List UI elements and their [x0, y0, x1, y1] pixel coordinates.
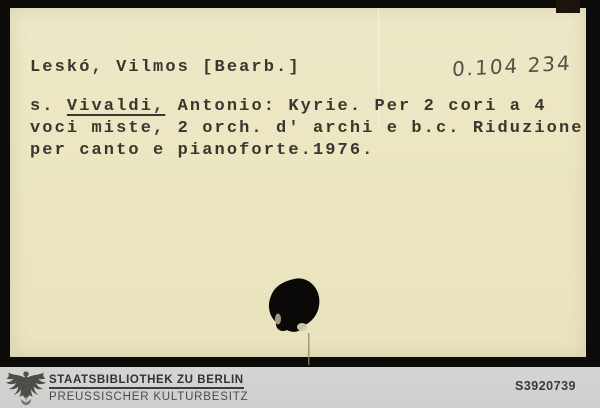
body-line-3: per canto e pianoforte.1976.	[30, 140, 584, 162]
catalog-card-scan: Leskó, Vilmos [Bearb.] 0.104 234 s. Viva…	[0, 0, 600, 408]
body-line-1-underlined: Vivaldi,	[67, 97, 165, 116]
card-body: s. Vivaldi, Antonio: Kyrie. Per 2 cori a…	[30, 96, 584, 162]
library-identity: STAATSBIBLIOTHEK ZU BERLIN PREUSSISCHER …	[49, 370, 248, 403]
call-number: 0.104 234	[452, 51, 572, 81]
serial-number: S3920739	[515, 379, 576, 393]
library-name: STAATSBIBLIOTHEK ZU BERLIN	[49, 374, 244, 389]
catalog-card: Leskó, Vilmos [Bearb.] 0.104 234 s. Viva…	[10, 8, 586, 357]
frame-corner-notch	[556, 0, 580, 13]
author-heading: Leskó, Vilmos [Bearb.]	[30, 57, 301, 79]
body-line-1-prefix: s.	[30, 97, 67, 116]
prussian-eagle-icon	[4, 369, 48, 407]
footer-bar: STAATSBIBLIOTHEK ZU BERLIN PREUSSISCHER …	[0, 367, 600, 408]
punch-hole	[258, 272, 328, 372]
library-subtitle: PREUSSISCHER KULTURBESITZ	[49, 391, 248, 403]
body-line-1: s. Vivaldi, Antonio: Kyrie. Per 2 cori a…	[30, 96, 584, 118]
body-line-2: voci miste, 2 orch. d' archi e b.c. Ridu…	[30, 118, 584, 140]
body-line-1-rest: Antonio: Kyrie. Per 2 cori a 4	[165, 97, 546, 116]
